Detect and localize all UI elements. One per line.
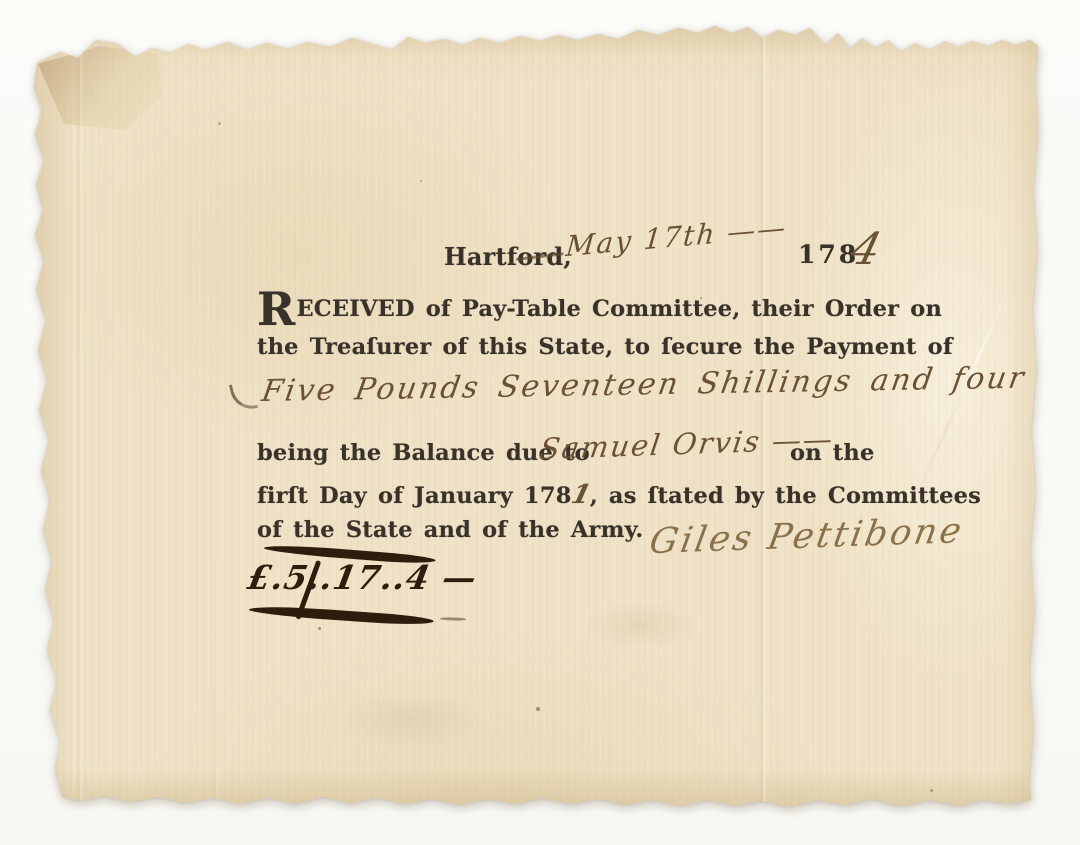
crease-bottom-left (212, 560, 220, 805)
paper-speck (536, 707, 540, 711)
body-line-2: the Treaſurer of this State, to ſecure t… (257, 334, 953, 360)
body-line-4-after: , as ſtated by the Committees (590, 483, 981, 509)
paper-edge-shade-right (1005, 40, 1038, 802)
ink-showthrough (330, 690, 490, 750)
body-line-1: RECEIVED of Pay-Table Committee, their O… (257, 291, 942, 328)
paper-edge-shade-bottom (40, 770, 1035, 808)
body-line-4: firſt Day of January 1781, as ſtated by … (257, 480, 981, 510)
handwritten-year-digit: 4 (846, 224, 887, 275)
paper-speck (930, 789, 933, 792)
paper-shadow-wrap: Hartford, May 17th —— 178 4 RECEIVED of … (0, 0, 1080, 845)
crease-left (76, 36, 84, 806)
ink-stroke-below-total (249, 604, 434, 627)
scan-background: Hartford, May 17th —— 178 4 RECEIVED of … (0, 0, 1080, 845)
body-line-1-text: ECEIVED of Pay-Table Committee, their Or… (296, 296, 942, 322)
paper-speck (318, 627, 321, 630)
fold-crease-vertical (759, 36, 767, 806)
signature-handwritten: Giles Pettibone (646, 511, 967, 562)
ink-flourish (229, 380, 258, 414)
paper-speck (420, 180, 422, 182)
ink-stroke-tail (440, 617, 466, 621)
paper-edge-shade-top (34, 26, 1038, 60)
body-line-4-before: firſt Day of January 178 (257, 483, 572, 509)
paper-edge-shade-left (34, 40, 74, 800)
total-amount-handwritten: £.5..17..4 — (245, 558, 481, 597)
receipt-paper: Hartford, May 17th —— 178 4 RECEIVED of … (0, 0, 1080, 845)
dropcap-R: R (257, 291, 295, 328)
body-line-3-after: on the (790, 440, 874, 466)
ink-showthrough (580, 600, 700, 650)
handwritten-date: May 17th —— (565, 210, 789, 263)
paper-speck (218, 122, 221, 125)
body-line-5: of the State and of the Army. (257, 517, 643, 543)
